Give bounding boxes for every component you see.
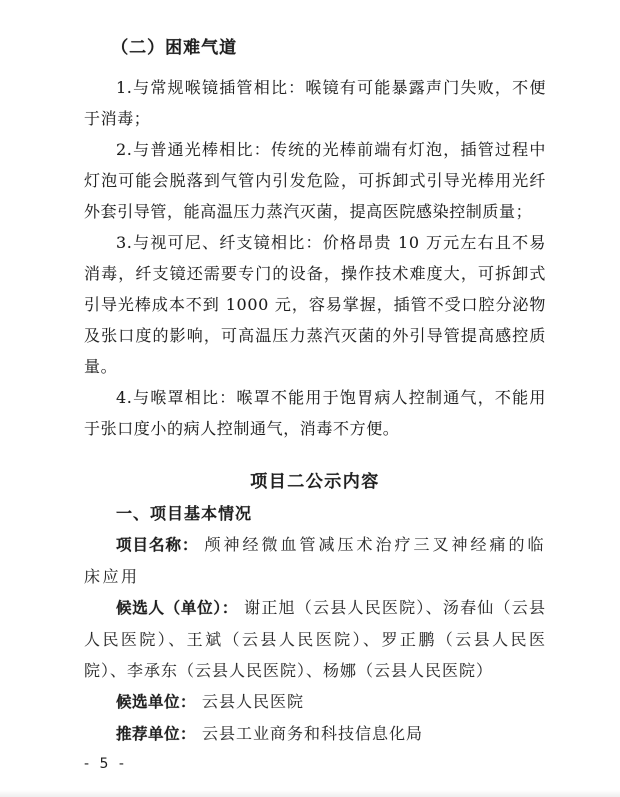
- airway-paragraph-2: 2.与普通光棒相比：传统的光棒前端有灯泡，插管过程中灯泡可能会脱落到气管内引发危…: [84, 134, 546, 227]
- project-two-title: 项目二公示内容: [84, 467, 546, 498]
- scan-artifact: [0, 790, 620, 797]
- recommending-unit-value: 云县工业商务和科技信息化局: [202, 724, 423, 743]
- document-content: （二）困难气道 1.与常规喉镜插管相比：喉镜有可能暴露声门失败，不便于消毒； 2…: [84, 36, 546, 750]
- field-row-candidates: 候选人（单位）：谢正旭（云县人民医院）、汤春仙（云县人民医院）、王斌（云县人民医…: [84, 592, 546, 686]
- scanned-document-page: （二）困难气道 1.与常规喉镜插管相比：喉镜有可能暴露声门失败，不便于消毒； 2…: [0, 0, 620, 797]
- airway-paragraph-3: 3.与视可尼、纤支镜相比：价格昂贵 10 万元左右且不易消毒，纤支镜还需要专门的…: [84, 227, 546, 382]
- airway-paragraph-4: 4.与喉罩相比：喉罩不能用于饱胃病人控制通气，不能用于张口度小的病人控制通气，消…: [84, 382, 546, 444]
- field-row-project-name: 项目名称：颅神经微血管减压术治疗三叉神经痛的临床应用: [84, 529, 546, 592]
- field-row-recommending-unit: 推荐单位：云县工业商务和科技信息化局: [84, 718, 546, 750]
- field-row-candidate-unit: 候选单位：云县人民医院: [84, 686, 546, 718]
- candidate-unit-label: 候选单位：: [116, 693, 196, 711]
- candidates-label: 候选人（单位）：: [116, 599, 238, 617]
- recommending-unit-label: 推荐单位：: [116, 725, 196, 743]
- project-basic-info-subheading: 一、项目基本情况: [84, 498, 546, 529]
- candidate-unit-value: 云县人民医院: [202, 692, 304, 711]
- project-name-label: 项目名称：: [116, 536, 199, 554]
- page-number: - 5 -: [84, 756, 127, 772]
- airway-paragraph-1: 1.与常规喉镜插管相比：喉镜有可能暴露声门失败，不便于消毒；: [84, 72, 546, 134]
- section-heading-difficult-airway: （二）困难气道: [84, 36, 546, 60]
